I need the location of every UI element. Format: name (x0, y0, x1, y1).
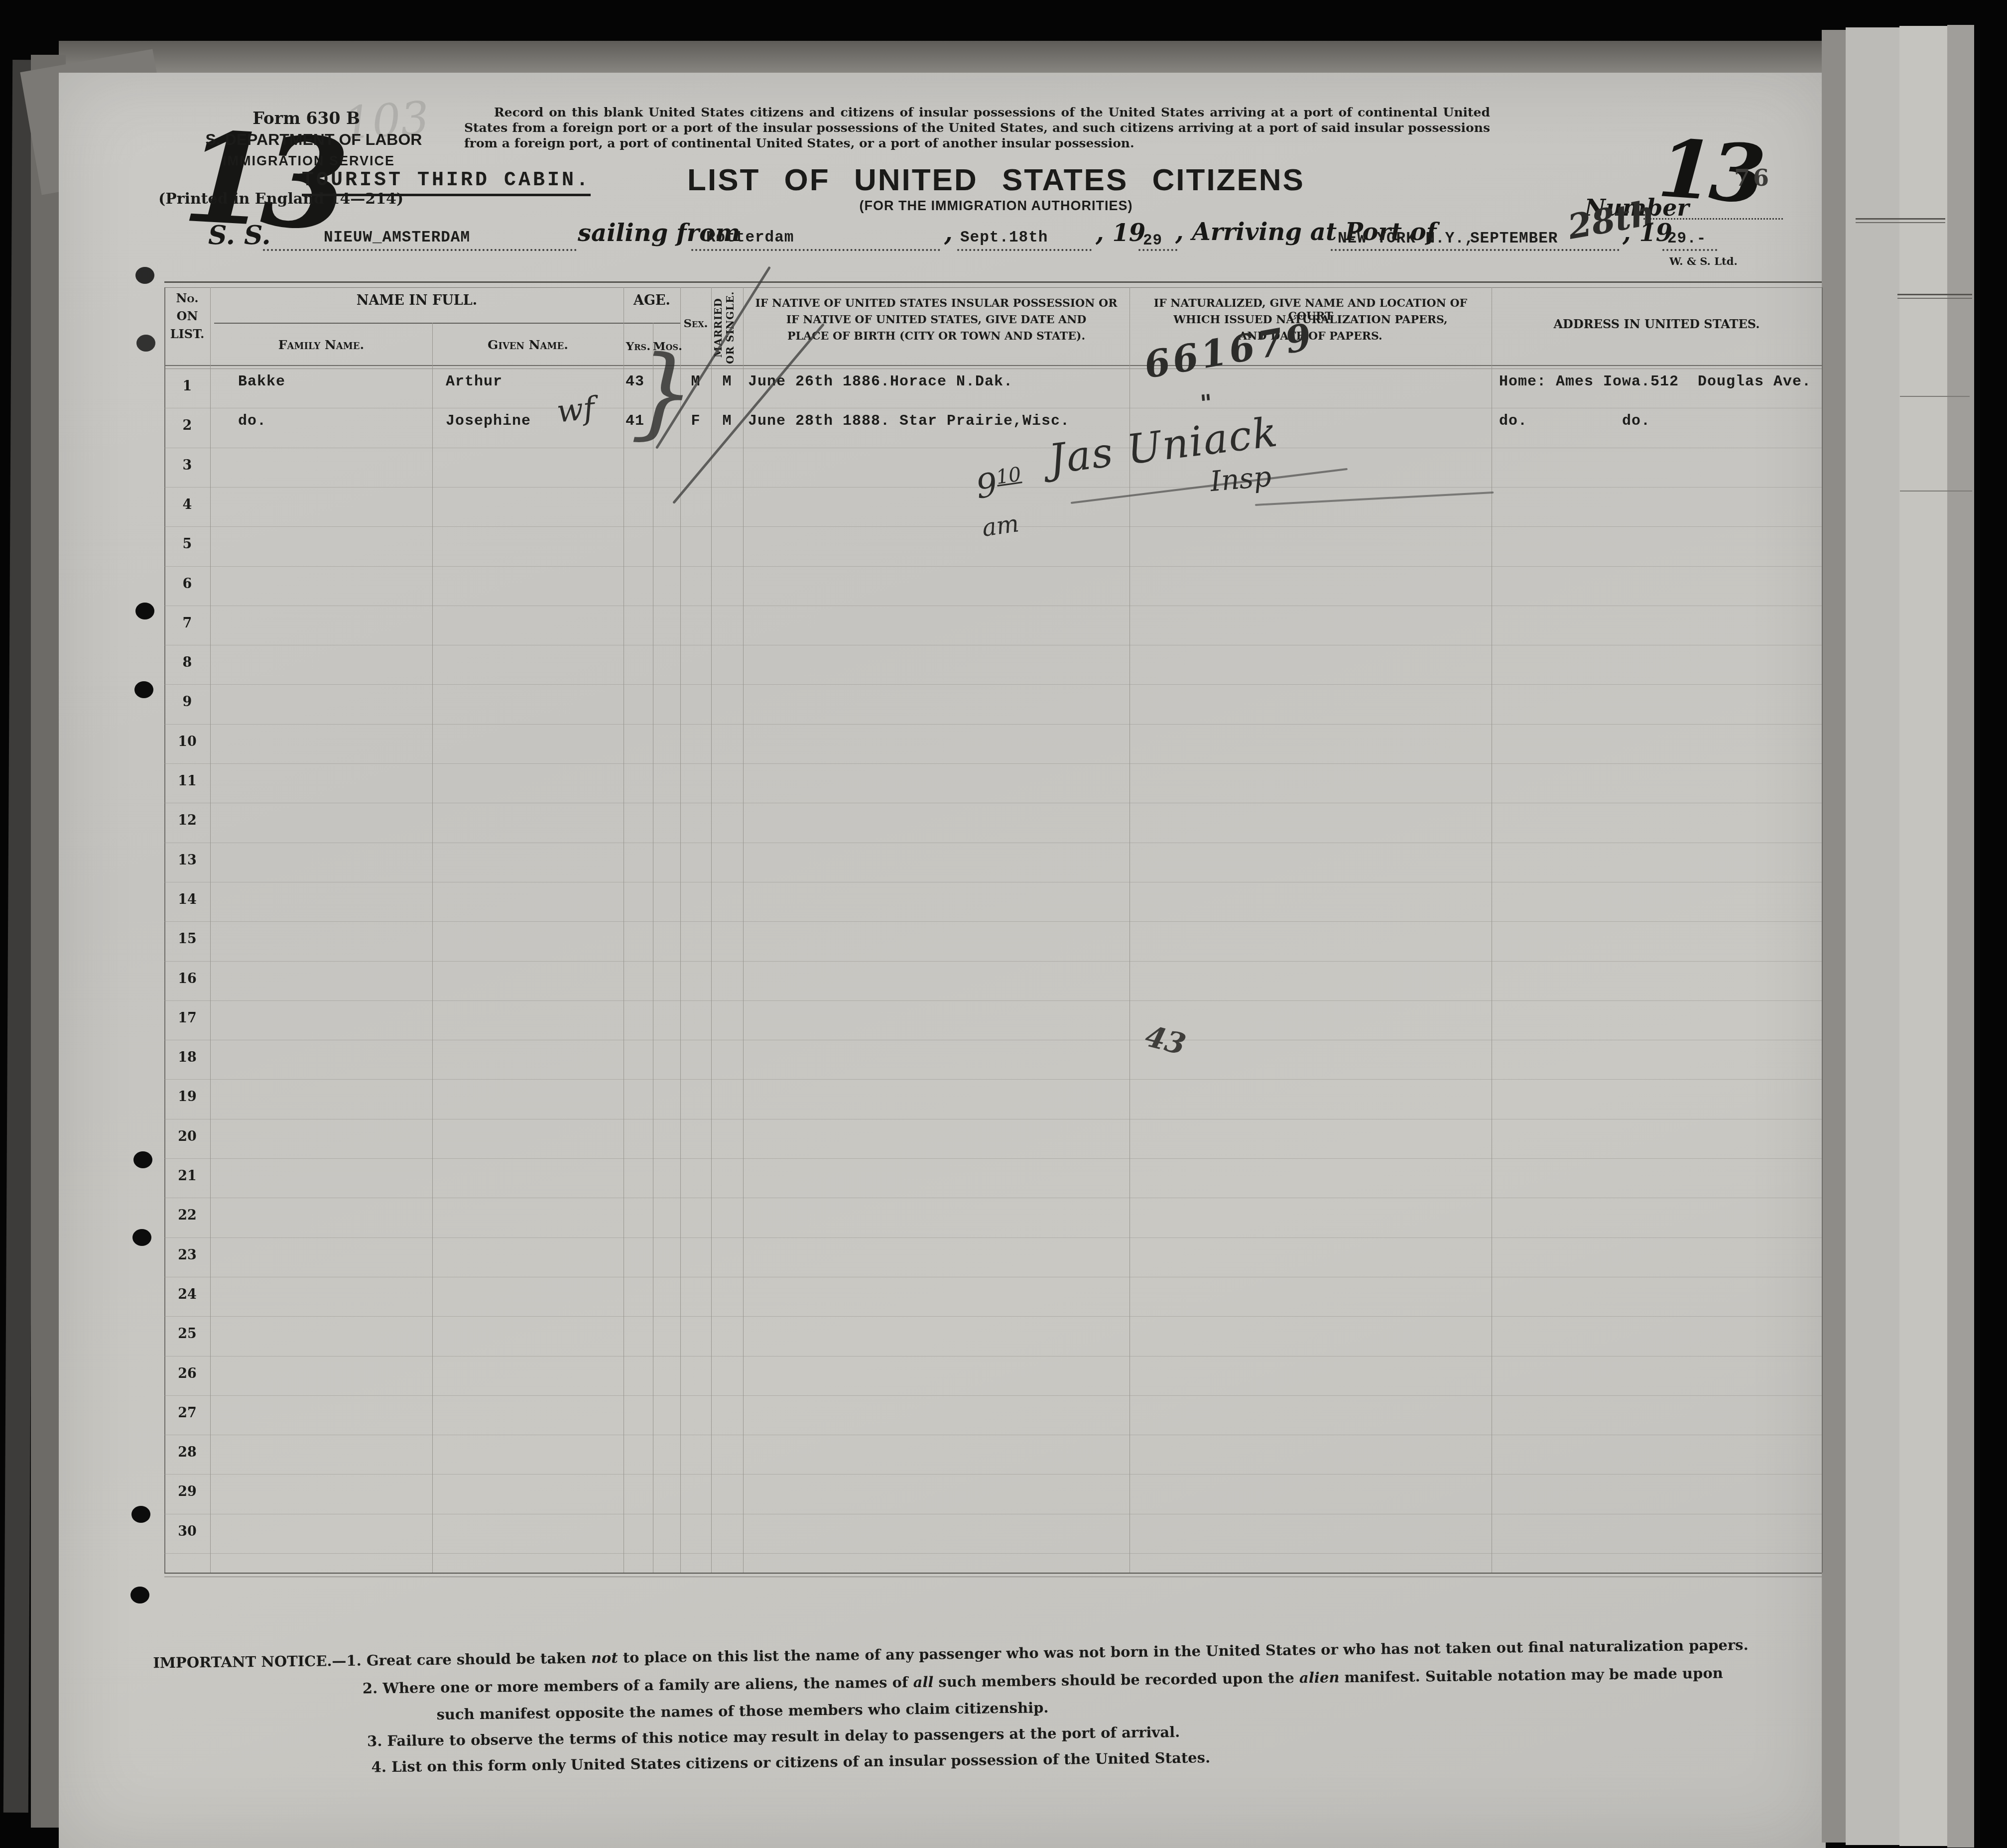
notice-text: to place on this list the name of any pa… (618, 1636, 1748, 1666)
notice-emphasis: all (913, 1674, 933, 1691)
notice-emphasis: alien (1299, 1669, 1340, 1686)
notice-line: IMPORTANT NOTICE.—1. Great care should b… (153, 1636, 1749, 1671)
notice-text: IMPORTANT NOTICE.—1. Great care should b… (153, 1649, 591, 1671)
notice-emphasis: not (591, 1649, 618, 1667)
notice-text: 4. List on this form only United States … (372, 1749, 1211, 1775)
notice-text: manifest. Suitable notation may be made … (1339, 1665, 1723, 1686)
notice-line: such manifest opposite the names of thos… (436, 1699, 1048, 1723)
notice-line: 3. Failure to observe the terms of this … (367, 1724, 1180, 1750)
archival-scan: 13 103 Form 630 B S. DEPARTMENT OF LABOR… (0, 0, 2007, 1848)
notice-text: such members should be recorded upon the (933, 1669, 1299, 1690)
important-notice: IMPORTANT NOTICE.—1. Great care should b… (0, 0, 2007, 1848)
notice-text: 3. Failure to observe the terms of this … (367, 1724, 1180, 1750)
notice-text: such manifest opposite the names of thos… (436, 1699, 1048, 1723)
notice-line: 2. Where one or more members of a family… (363, 1665, 1723, 1697)
notice-line: 4. List on this form only United States … (372, 1749, 1211, 1775)
notice-text: 2. Where one or more members of a family… (363, 1674, 913, 1697)
